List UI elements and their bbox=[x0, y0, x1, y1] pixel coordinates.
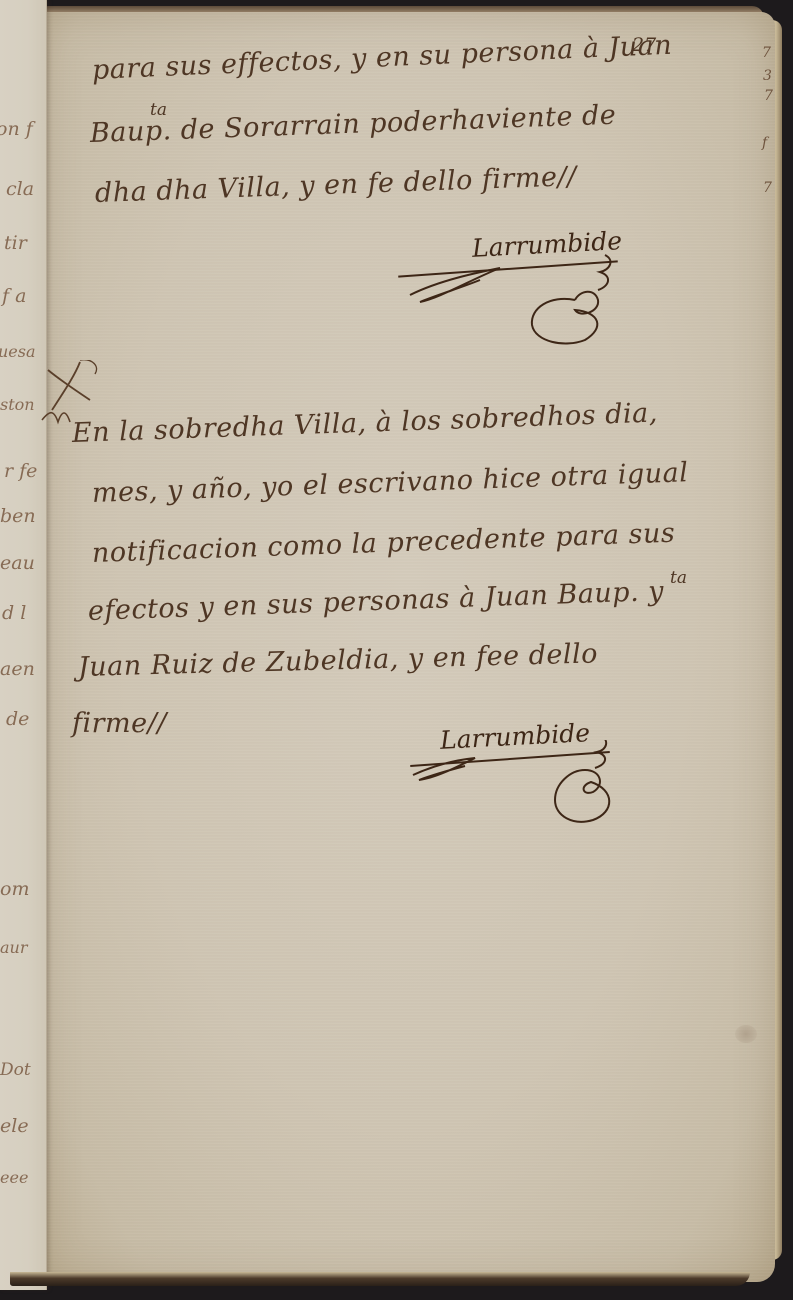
signature-rubric-icon bbox=[400, 250, 630, 350]
facing-text-fragment: aur bbox=[0, 938, 28, 957]
edge-mark: 3 bbox=[763, 68, 772, 84]
edge-mark: f bbox=[762, 135, 767, 151]
abbreviation-superscript: ta bbox=[670, 568, 687, 588]
facing-text-fragment: aen bbox=[0, 658, 35, 680]
facing-text-fragment: on f bbox=[0, 118, 33, 140]
facing-text-fragment: ston bbox=[0, 395, 35, 414]
page-bottom-edge bbox=[10, 1272, 750, 1286]
facing-text-fragment: Dot bbox=[0, 1060, 31, 1080]
facing-page: on f cla tir f a uesa ston r fe ben eau … bbox=[0, 0, 47, 1290]
edge-mark: 7 bbox=[762, 45, 771, 61]
edge-mark: 7 bbox=[764, 88, 773, 104]
facing-text-fragment: r fe bbox=[4, 460, 37, 482]
facing-text-fragment: tir bbox=[4, 232, 27, 254]
signature-rubric-icon bbox=[405, 740, 635, 830]
facing-text-fragment: de bbox=[6, 708, 29, 730]
facing-text-fragment: eee bbox=[0, 1168, 28, 1187]
facing-text-fragment: om bbox=[0, 878, 29, 900]
manuscript-line: firme// bbox=[72, 708, 167, 739]
facing-text-fragment: eau bbox=[0, 552, 35, 574]
facing-text-fragment: ele bbox=[0, 1115, 29, 1137]
manuscript-scan: 7 3 7 f 7 on f cla tir f a uesa ston r f… bbox=[0, 0, 793, 1300]
facing-text-fragment: ben bbox=[0, 505, 36, 527]
facing-text-fragment: uesa bbox=[0, 342, 36, 361]
edge-mark: 7 bbox=[763, 180, 772, 196]
paper-stain bbox=[735, 1025, 757, 1043]
facing-text-fragment: cla bbox=[6, 178, 34, 200]
facing-text-fragment: d l bbox=[2, 602, 26, 624]
facing-text-fragment: f a bbox=[2, 285, 26, 307]
